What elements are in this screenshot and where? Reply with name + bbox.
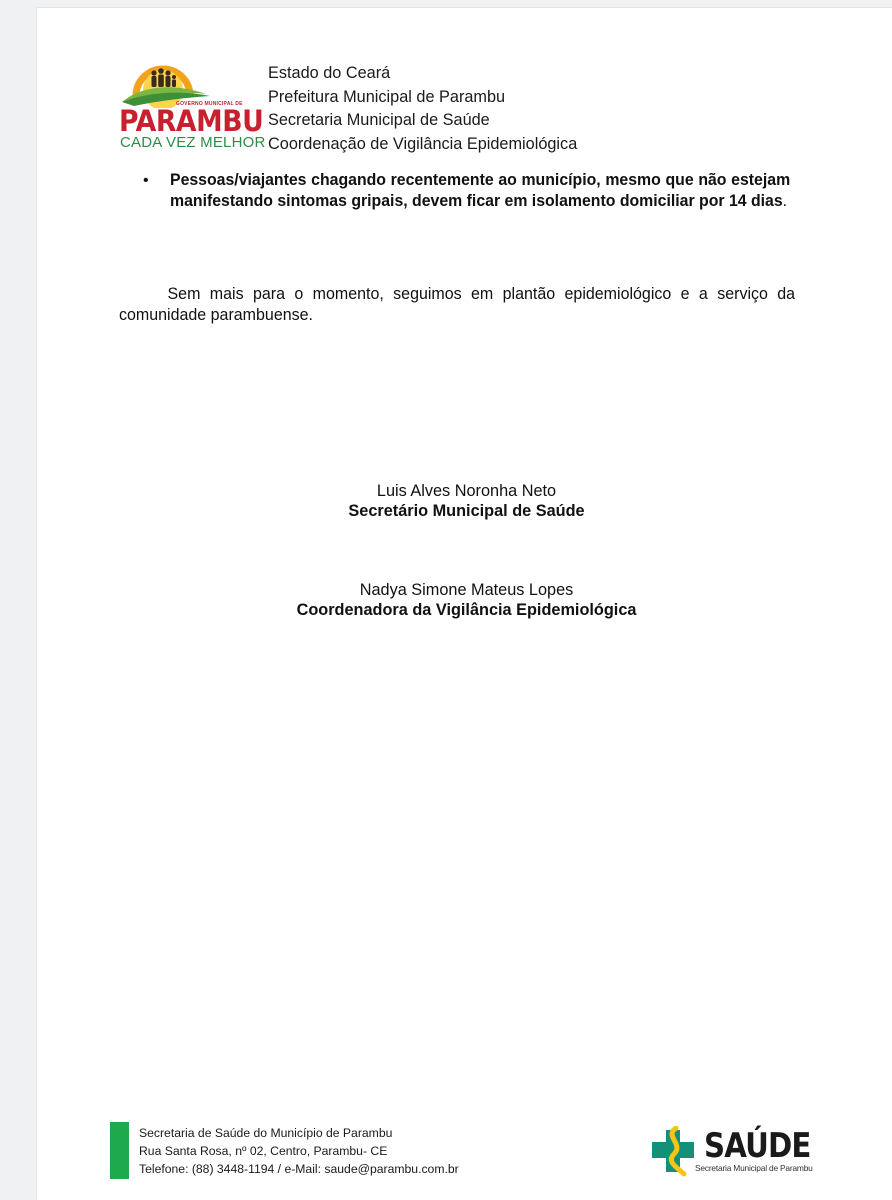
- letterhead: Estado do Ceará Prefeitura Municipal de …: [268, 62, 577, 156]
- saude-logo: SAÚDE Secretaria Municipal de Parambu: [650, 1126, 825, 1178]
- letterhead-state: Estado do Ceará: [268, 62, 577, 86]
- footer-org: Secretaria de Saúde do Município de Para…: [139, 1124, 459, 1142]
- footer-address: Secretaria de Saúde do Município de Para…: [139, 1124, 459, 1178]
- logo-tagline: CADA VEZ MELHOR: [120, 134, 266, 151]
- bullet-icon: •: [143, 170, 149, 191]
- bullet-text-content: Pessoas/viajantes chagando recentemente …: [170, 171, 790, 210]
- signature-role: Coordenadora da Vigilância Epidemiológic…: [150, 600, 783, 620]
- letterhead-coordination: Coordenação de Vigilância Epidemiológica: [268, 133, 577, 157]
- bullet-period: .: [783, 192, 787, 210]
- letterhead-secretariat: Secretaria Municipal de Saúde: [268, 109, 577, 133]
- parambu-logo: GOVERNO MUNICIPAL DE PARAMBU CADA VEZ ME…: [118, 58, 258, 150]
- footer-accent-bar: [110, 1122, 129, 1179]
- letterhead-prefecture: Prefeitura Municipal de Parambu: [268, 86, 577, 110]
- signature-name: Nadya Simone Mateus Lopes: [150, 580, 783, 600]
- signature-secretary: Luis Alves Noronha Neto Secretário Munic…: [150, 481, 783, 521]
- footer-contact: Telefone: (88) 3448-1194 / e-Mail: saude…: [139, 1160, 459, 1178]
- saude-logo-subtitle: Secretaria Municipal de Parambu: [695, 1163, 813, 1173]
- signature-name: Luis Alves Noronha Neto: [150, 481, 783, 501]
- viewer-top-strip: [0, 0, 892, 7]
- saude-logo-word: SAÚDE: [704, 1127, 810, 1165]
- signature-role: Secretário Municipal de Saúde: [150, 501, 783, 521]
- closing-paragraph: Sem mais para o momento, seguimos em pla…: [119, 284, 795, 325]
- logo-name: PARAMBU: [119, 104, 263, 138]
- footer-street: Rua Santa Rosa, nº 02, Centro, Parambu- …: [139, 1142, 459, 1160]
- signature-coordinator: Nadya Simone Mateus Lopes Coordenadora d…: [150, 580, 783, 620]
- bullet-text: Pessoas/viajantes chagando recentemente …: [170, 170, 790, 212]
